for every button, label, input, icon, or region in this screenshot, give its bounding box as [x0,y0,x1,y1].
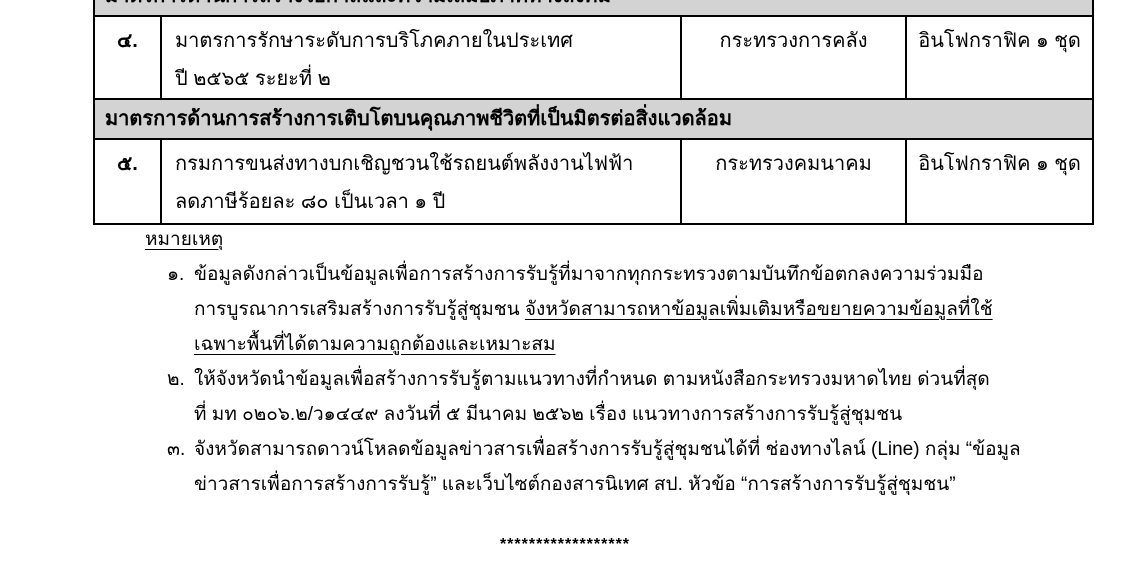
ministry-cell: กระทรวงการคลัง [681,16,906,99]
section-header-row-social: มาตรการด้านการสร้างโอกาสและความเสมอภาคทา… [94,0,1093,16]
note-item-1-line2-plain: การบูรณาการเสริมสร้างการรับรู้สู่ชุมชน [194,299,525,320]
row-number: ๔. [94,16,161,99]
note-item-1-line3-underlined: เฉพาะพื้นที่ได้ตามความถูกต้องและเหมาะสม [194,334,556,355]
notes-section: หมายเหตุ ๑.ข้อมูลดังกล่าวเป็นข้อมูลเพื่อ… [145,226,1090,502]
note-item-3-line2: ข่าวสารเพื่อการสร้างการรับรู้” และเว็บไซ… [145,467,1090,502]
note-item-2-line1: ให้จังหวัดนำข้อมูลเพื่อสร้างการรับรู้ตาม… [194,369,990,390]
note-item-1-line2-underlined: จังหวัดสามารถหาข้อมูลเพิ่มเติมหรือขยายคว… [525,299,993,320]
note-item-2-line2-text: ที่ มท ๐๒๐๖.๒/ว๑๔๔๙ ลงวันที่ ๕ มีนาคม ๒๕… [194,404,902,425]
note-item-1-number: ๑. [167,257,194,292]
media-cell: อินโฟกราฟิค ๑ ชุด [906,139,1093,224]
notes-heading: หมายเหตุ [145,226,1090,254]
note-item-3-line2-text: ข่าวสารเพื่อการสร้างการรับรู้” และเว็บไซ… [194,474,956,495]
note-item-1: ๑.ข้อมูลดังกล่าวเป็นข้อมูลเพื่อการสร้างก… [145,257,1090,292]
measures-table: มาตรการด้านการสร้างโอกาสและความเสมอภาคทา… [93,0,1094,225]
note-item-3-line1: จังหวัดสามารถดาวน์โหลดข้อมูลข่าวสารเพื่อ… [194,439,1021,460]
measure-description: กรมการขนส่งทางบกเชิญชวนใช้รถยนต์พลังงานไ… [161,139,681,224]
measure-description-line2: ลดภาษีร้อยละ ๘๐ เป็นเวลา ๑ ปี [175,183,672,221]
measure-description-line2: ปี ๒๕๖๕ ระยะที่ ๒ [175,60,672,98]
row-number: ๕. [94,139,161,224]
note-item-3: ๓.จังหวัดสามารถดาวน์โหลดข้อมูลข่าวสารเพื… [145,432,1090,467]
note-item-2-line2: ที่ มท ๐๒๐๖.๒/ว๑๔๔๙ ลงวันที่ ๕ มีนาคม ๒๕… [145,397,1090,432]
media-cell: อินโฟกราฟิค ๑ ชุด [906,16,1093,99]
end-separator: ****************** [0,536,1130,554]
note-item-2-number: ๒. [167,362,194,397]
table-row: ๕. กรมการขนส่งทางบกเชิญชวนใช้รถยนต์พลังง… [94,139,1093,224]
note-item-2: ๒.ให้จังหวัดนำข้อมูลเพื่อสร้างการรับรู้ต… [145,362,1090,397]
table-row: ๔. มาตรการรักษาระดับการบริโภคภายในประเทศ… [94,16,1093,99]
note-item-1-line1: ข้อมูลดังกล่าวเป็นข้อมูลเพื่อการสร้างการ… [194,264,984,285]
measure-description-line1: มาตรการรักษาระดับการบริโภคภายในประเทศ [175,22,672,60]
note-item-1-line3: เฉพาะพื้นที่ได้ตามความถูกต้องและเหมาะสม [145,327,1090,362]
document-page: มาตรการด้านการสร้างโอกาสและความเสมอภาคทา… [0,0,1130,580]
note-item-1-line2: การบูรณาการเสริมสร้างการรับรู้สู่ชุมชน จ… [145,292,1090,327]
measure-description-line1: กรมการขนส่งทางบกเชิญชวนใช้รถยนต์พลังงานไ… [175,145,672,183]
measures-table-wrapper: มาตรการด้านการสร้างโอกาสและความเสมอภาคทา… [93,0,1093,225]
section-header-environment: มาตรการด้านการสร้างการเติบโตบนคุณภาพชีวิ… [94,99,1093,139]
note-item-3-number: ๓. [167,432,194,467]
ministry-cell: กระทรวงคมนาคม [681,139,906,224]
measure-description: มาตรการรักษาระดับการบริโภคภายในประเทศ ปี… [161,16,681,99]
section-header-social: มาตรการด้านการสร้างโอกาสและความเสมอภาคทา… [94,0,1093,16]
section-header-row-environment: มาตรการด้านการสร้างการเติบโตบนคุณภาพชีวิ… [94,99,1093,139]
